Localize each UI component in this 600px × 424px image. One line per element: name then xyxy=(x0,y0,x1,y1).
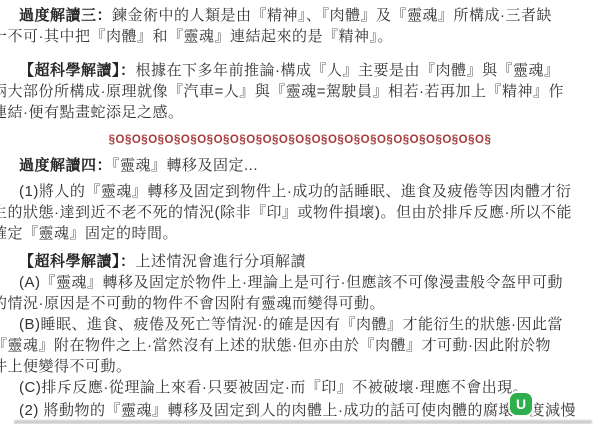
text-line: 【超科學解讀】：根據在下多年前推論·構成『人』主要是由『肉體』與『靈魂』 xyxy=(0,60,560,81)
text-line: 一不可·其中把『肉體』和『靈魂』連結起來的是『精神』。 xyxy=(0,26,393,47)
text-line: (A)『靈魂』轉移及固定於物件上·理論上是可行·但應該不可像漫畫般令盔甲可動 xyxy=(0,272,563,293)
text-line: 連結·便有點畫蛇添足之感。 xyxy=(0,102,184,123)
text-line: 的情況·原因是不可動的物件不會因附有靈魂而變得可動。 xyxy=(0,293,385,314)
document-text: 過度解讀三：鍊金術中的人類是由『精神』、『肉體』及『靈魂』所構成·三者缺一不可·… xyxy=(0,0,600,424)
document-page: 過度解讀三：鍊金術中的人類是由『精神』、『肉體』及『靈魂』所構成·三者缺一不可·… xyxy=(0,0,600,424)
body-segment: 上述情況會進行分項解讀 xyxy=(136,253,307,270)
text-line: (1)將人的『靈魂』轉移及固定到物件上·成功的話睡眠、進食及疲倦等因肉體才衍 xyxy=(0,181,571,202)
text-line: 確定『靈魂』固定的時間。 xyxy=(0,223,178,244)
heading-segment: 【超科學解讀】： xyxy=(19,253,136,270)
text-line: 過度解讀三：鍊金術中的人類是由『精神』、『肉體』及『靈魂』所構成·三者缺 xyxy=(0,5,552,26)
heading-segment: 過度解讀四： xyxy=(19,157,112,174)
text-line: 件上便變得不可動。 xyxy=(0,356,132,377)
body-segment: 鍊金術中的人類是由『精神』、『肉體』及『靈魂』所構成·三者缺 xyxy=(112,7,552,24)
body-segment: 確定『靈魂』固定的時間。 xyxy=(0,225,178,242)
body-segment: (C)排斥反應·從理論上來看·只要被固定·而『印』不被破壞·理應不會出現。 xyxy=(19,379,528,396)
badge-letter: U xyxy=(516,397,526,411)
uwants-logo-badge[interactable]: U xyxy=(510,393,532,415)
body-segment: 連結·便有點畫蛇添足之感。 xyxy=(0,104,184,121)
section-separator: §O§O§O§O§O§O§O§O§O§O§O§O§O§O§O§O§O§O§O§O… xyxy=(0,133,600,147)
body-segment: 根據在下多年前推論·構成『人』主要是由『肉體』與『靈魂』 xyxy=(136,62,560,79)
body-segment: 一不可·其中把『肉體』和『靈魂』連結起來的是『精神』。 xyxy=(0,28,393,45)
text-line: (B)睡眠、進食、疲倦及死亡等情況·的確是因有『肉體』才能衍生的狀態·因此當 xyxy=(0,314,563,335)
body-segment: (B)睡眠、進食、疲倦及死亡等情況·的確是因有『肉體』才能衍生的狀態·因此當 xyxy=(19,316,563,333)
cropped-next-line xyxy=(14,420,592,424)
text-line: 過度解讀四：『靈魂』轉移及固定... xyxy=(0,155,258,176)
text-line: 兩大部份所構成·原理就像『汽車=人』與『靈魂=駕駛員』相若·若再加上『精神』作 xyxy=(0,81,564,102)
text-line: 【超科學解讀】：上述情況會進行分項解讀 xyxy=(0,251,306,272)
heading-segment: 過度解讀三： xyxy=(19,7,112,24)
body-segment: (A)『靈魂』轉移及固定於物件上·理論上是可行·但應該不可像漫畫般令盔甲可動 xyxy=(19,274,563,291)
body-segment: 『靈魂』轉移及固定... xyxy=(112,157,258,174)
text-line: 生的狀態·達到近不老不死的情況(除非『印』或物件損壞)。但由於排斥反應·所以不能 xyxy=(0,202,572,223)
body-segment: (2) 將動物的『靈魂』轉移及固定到人的肉體上·成功的話可使肉體的腐壞速度減慢 xyxy=(19,402,576,419)
body-segment: 件上便變得不可動。 xyxy=(0,358,132,375)
body-segment: 兩大部份所構成·原理就像『汽車=人』與『靈魂=駕駛員』相若·若再加上『精神』作 xyxy=(0,83,564,100)
body-segment: 生的狀態·達到近不老不死的情況(除非『印』或物件損壞)。但由於排斥反應·所以不能 xyxy=(0,204,572,221)
text-line: 『靈魂』附在物件之上·當然沒有上述的狀態·但亦由於『肉體』才可動·因此附於物 xyxy=(0,335,551,356)
body-segment: 『靈魂』附在物件之上·當然沒有上述的狀態·但亦由於『肉體』才可動·因此附於物 xyxy=(0,337,551,354)
body-segment: (1)將人的『靈魂』轉移及固定到物件上·成功的話睡眠、進食及疲倦等因肉體才衍 xyxy=(19,183,571,200)
heading-segment: 【超科學解讀】： xyxy=(19,62,136,79)
body-segment: 的情況·原因是不可動的物件不會因附有靈魂而變得可動。 xyxy=(0,295,385,312)
text-line: (C)排斥反應·從理論上來看·只要被固定·而『印』不被破壞·理應不會出現。 xyxy=(0,377,528,398)
text-line: (2) 將動物的『靈魂』轉移及固定到人的肉體上·成功的話可使肉體的腐壞速度減慢 xyxy=(0,400,576,421)
